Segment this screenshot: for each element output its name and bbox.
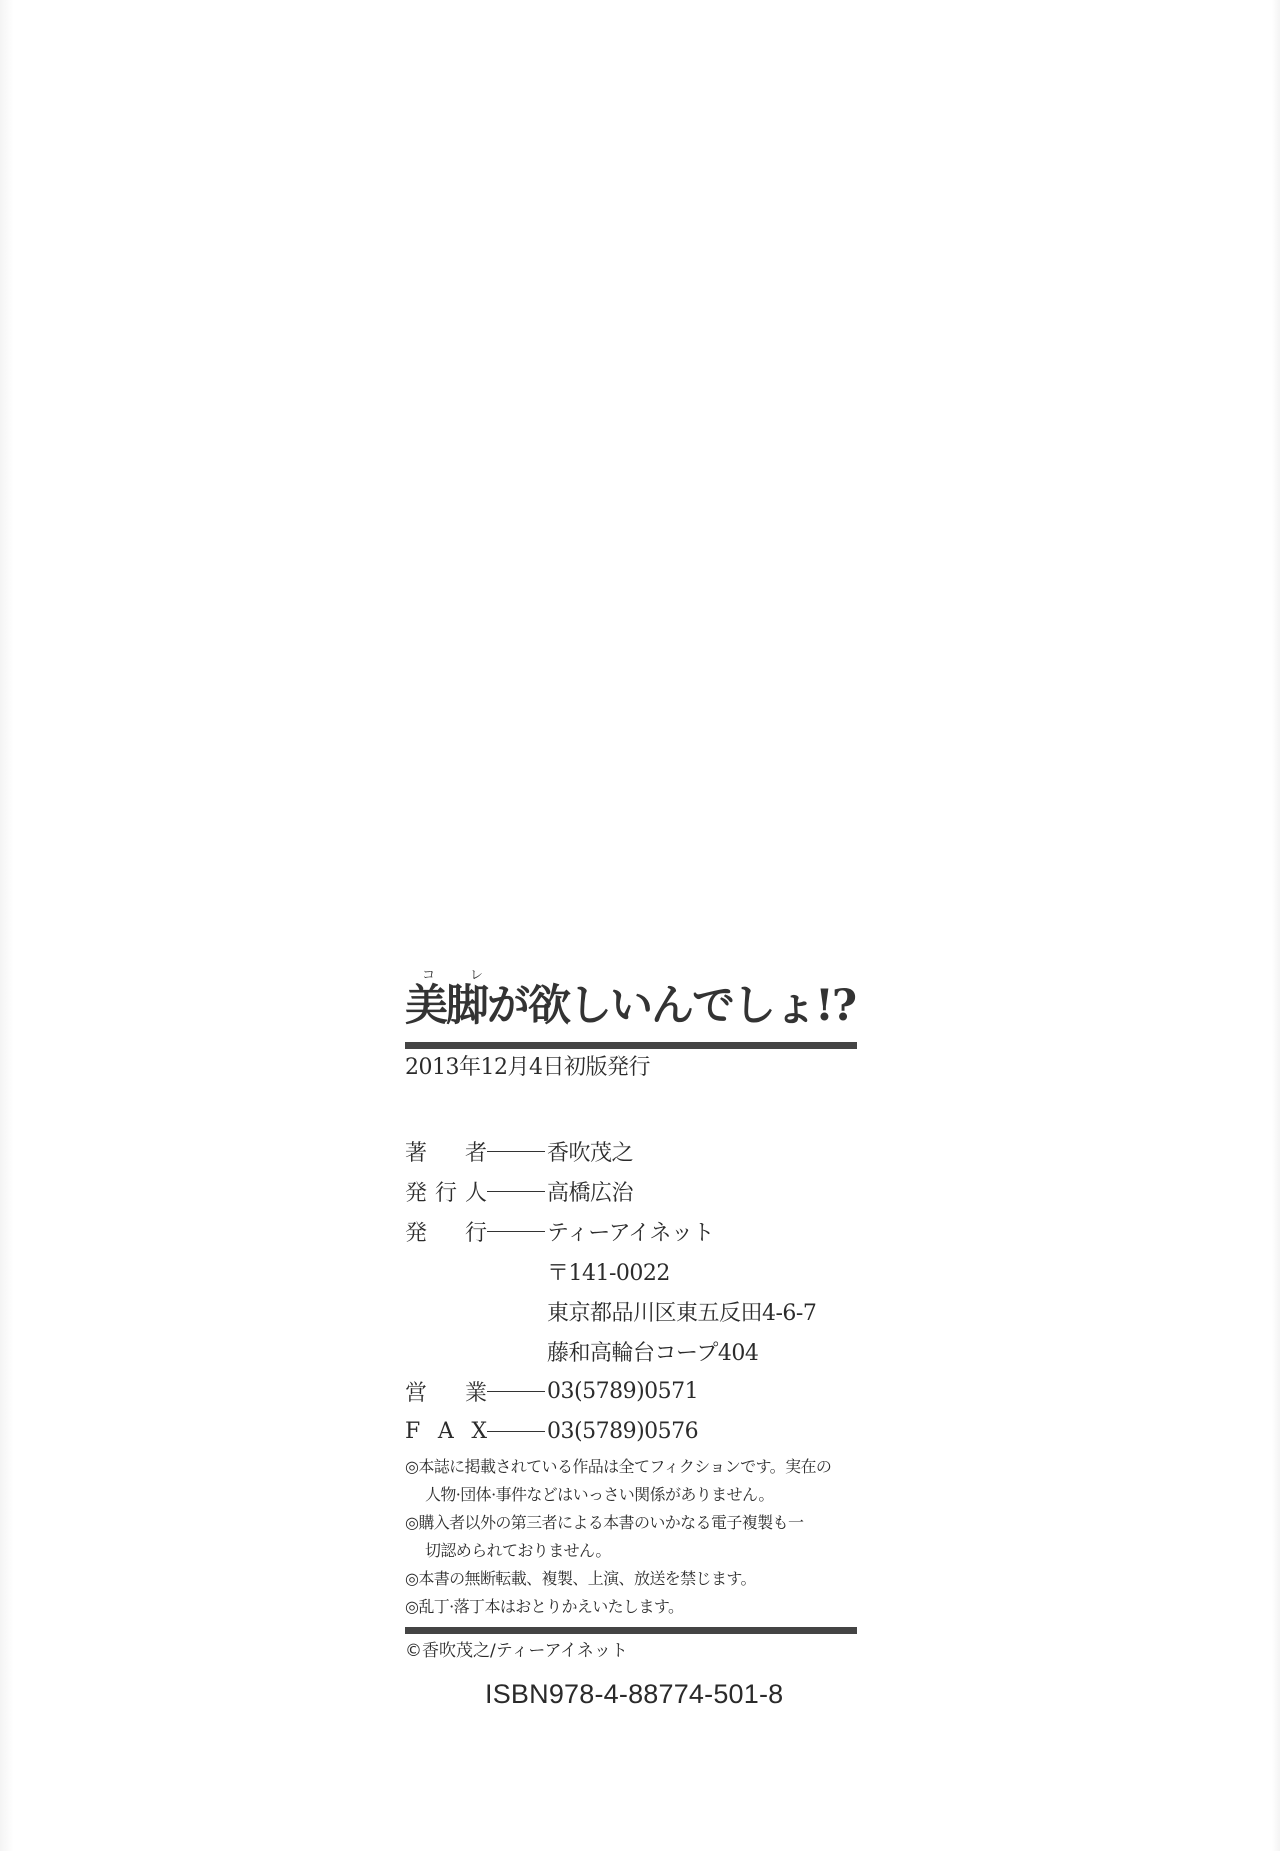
- label-char: 行: [465, 1216, 487, 1247]
- dash-divider: [487, 1151, 545, 1152]
- note-reproduction: ◎本書の無断転載、複製、上演、放送を禁じます。: [405, 1565, 857, 1593]
- label-char: 業: [465, 1376, 487, 1407]
- book-title: 美脚が欲しいんでしょ!?: [405, 980, 857, 1032]
- title-divider: [405, 1042, 857, 1049]
- dash-divider: [487, 1191, 545, 1192]
- contact-label: F A X: [405, 1419, 487, 1444]
- label-char: 営: [405, 1376, 427, 1407]
- colophon-block: コ レ 美脚が欲しいんでしょ!? 2013年12月4日初版発行 著 者 香吹茂之…: [405, 958, 857, 1711]
- address-postal-row: 〒141-0022: [405, 1251, 857, 1291]
- contact-label: 営 業: [405, 1376, 487, 1407]
- credit-row-publisher: 発 行 ティーアイネット: [405, 1211, 857, 1251]
- note-replacement: ◎乱丁·落丁本はおとりかえいたします。: [405, 1593, 857, 1621]
- isbn: ISBN978-4-88774-501-8: [485, 1677, 857, 1711]
- note-fiction: ◎本誌に掲載されている作品は全てフィクションです。実在の 人物·団体·事件などは…: [405, 1453, 857, 1509]
- dash-divider: [487, 1231, 545, 1232]
- ruby-char: レ: [470, 964, 483, 983]
- credits-list: 著 者 香吹茂之 発 行 人 高橋広治 発 行 ティーアイネット 〒141-0: [405, 1131, 857, 1451]
- credit-row-issuer: 発 行 人 高橋広治: [405, 1171, 857, 1211]
- credit-value-author: 香吹茂之: [547, 1136, 633, 1167]
- publication-date: 2013年12月4日初版発行: [405, 1053, 857, 1083]
- address-line1: 東京都品川区東五反田4-6-7: [547, 1296, 816, 1327]
- credit-label: 発 行 人: [405, 1176, 487, 1207]
- credit-label: 著 者: [405, 1136, 487, 1167]
- note-text: ◎乱丁·落丁本はおとりかえいたします。: [405, 1597, 683, 1616]
- contact-row-sales: 営 業 03(5789)0571: [405, 1371, 857, 1411]
- note-text-continued: 切認められておりません。: [405, 1537, 857, 1565]
- label-char: X: [471, 1419, 487, 1444]
- dash-divider: [487, 1391, 545, 1392]
- note-text: ◎本誌に掲載されている作品は全てフィクションです。実在の: [405, 1457, 831, 1476]
- credit-value-publisher: ティーアイネット: [547, 1216, 714, 1247]
- ruby-char: コ: [422, 964, 435, 983]
- page-scan-edge-left: [0, 0, 14, 1851]
- page-scan-edge-right: [1272, 0, 1280, 1851]
- credit-label: 発 行: [405, 1216, 487, 1247]
- address-line2: 藤和高輪台コープ404: [547, 1336, 758, 1367]
- label-char: F: [405, 1419, 420, 1444]
- legal-notes: ◎本誌に掲載されている作品は全てフィクションです。実在の 人物·団体·事件などは…: [405, 1453, 857, 1621]
- credit-row-author: 著 者 香吹茂之: [405, 1131, 857, 1171]
- note-digital-copy: ◎購入者以外の第三者による本書のいかなる電子複製も一 切認められておりません。: [405, 1509, 857, 1565]
- contact-row-fax: F A X 03(5789)0576: [405, 1411, 857, 1451]
- note-text: ◎本書の無断転載、複製、上演、放送を禁じます。: [405, 1569, 756, 1588]
- address-line1-row: 東京都品川区東五反田4-6-7: [405, 1291, 857, 1331]
- credit-value-issuer: 高橋広治: [547, 1176, 633, 1207]
- note-text-continued: 人物·団体·事件などはいっさい関係がありません。: [405, 1481, 857, 1509]
- address-line2-row: 藤和高輪台コープ404: [405, 1331, 857, 1371]
- title-ruby: コ レ: [405, 958, 857, 980]
- copyright-line: ©香吹茂之/ティーアイネット: [405, 1637, 857, 1665]
- dash-divider: [487, 1431, 545, 1432]
- sales-phone: 03(5789)0571: [547, 1379, 698, 1404]
- label-char: 発: [405, 1216, 427, 1247]
- postal-code: 〒141-0022: [547, 1256, 670, 1287]
- label-char: 者: [465, 1136, 487, 1167]
- label-char: A: [438, 1419, 454, 1444]
- label-char: 人: [465, 1176, 487, 1207]
- notes-divider: [405, 1627, 857, 1634]
- label-char: 行: [435, 1176, 457, 1207]
- label-char: 発: [405, 1176, 427, 1207]
- note-text: ◎購入者以外の第三者による本書のいかなる電子複製も一: [405, 1513, 803, 1532]
- fax-number: 03(5789)0576: [547, 1419, 698, 1444]
- label-char: 著: [405, 1136, 427, 1167]
